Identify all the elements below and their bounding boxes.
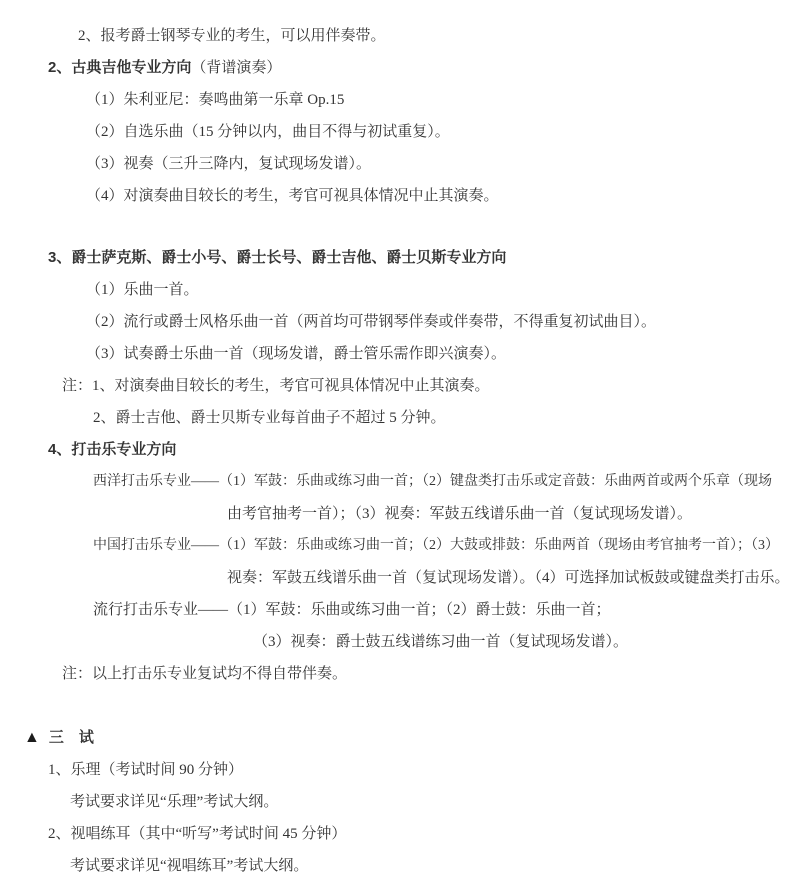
blank-space — [0, 212, 800, 242]
doc-line: （2）流行或爵士风格乐曲一首（两首均可带钢琴伴奏或伴奏带，不得重复初试曲目）。 — [86, 306, 800, 338]
doc-line: 中国打击乐专业——（1）军鼓：乐曲或练习曲一首；（2）大鼓或排鼓：乐曲两首（现场… — [93, 530, 800, 562]
section-heading: 3、爵士萨克斯、爵士小号、爵士长号、爵士吉他、爵士贝斯专业方向 — [48, 242, 800, 274]
doc-line: （1）朱利亚尼：奏鸣曲第一乐章 Op.15 — [86, 84, 800, 116]
doc-line: （4）对演奏曲目较长的考生，考官可视具体情况中止其演奏。 — [86, 180, 800, 212]
doc-line: 视奏：军鼓五线谱乐曲一首（复试现场发谱）。（4）可选择加试板鼓或键盘类打击乐。 — [227, 562, 800, 594]
doc-line: （1）乐曲一首。 — [86, 274, 800, 306]
blank-space — [0, 690, 800, 722]
doc-line: （3）视奏（三升三降内，复试现场发谱）。 — [86, 148, 800, 180]
note-line: 2、爵士吉他、爵士贝斯专业每首曲子不超过 5 分钟。 — [93, 402, 800, 434]
triangle-icon: ▲ — [24, 722, 40, 754]
doc-line: （3）视奏：爵士鼓五线谱练习曲一首（复试现场发谱）。 — [253, 626, 800, 658]
heading-suffix: （背谱演奏） — [191, 60, 281, 76]
section-heading: 4、打击乐专业方向 — [48, 434, 800, 466]
doc-line: 考试要求详见“乐理”考试大纲。 — [70, 786, 800, 818]
doc-line: （3）试奏爵士乐曲一首（现场发谱，爵士管乐需作即兴演奏）。 — [86, 338, 800, 370]
doc-line: 1、乐理（考试时间 90 分钟） — [48, 754, 800, 786]
doc-line: 流行打击乐专业——（1）军鼓：乐曲或练习曲一首；（2）爵士鼓：乐曲一首； — [93, 594, 800, 626]
doc-line: 2、报考爵士钢琴专业的考生，可以用伴奏带。 — [78, 20, 800, 52]
section-heading: 2、古典吉他专业方向（背谱演奏） — [48, 52, 800, 84]
heading-text: 三 试 — [49, 729, 94, 746]
doc-line: 考试要求详见“视唱练耳”考试大纲。 — [70, 850, 800, 878]
doc-line: 西洋打击乐专业——（1）军鼓：乐曲或练习曲一首；（2）键盘类打击乐或定音鼓：乐曲… — [93, 466, 800, 498]
section-heading: ▲三 试 — [24, 722, 800, 754]
note-line: 注：1、对演奏曲目较长的考生，考官可视具体情况中止其演奏。 — [62, 370, 800, 402]
doc-line: 由考官抽考一首）；（3）视奏：军鼓五线谱乐曲一首（复试现场发谱）。 — [227, 498, 800, 530]
heading-text: 2、古典吉他专业方向 — [48, 59, 191, 76]
document-page: 2、报考爵士钢琴专业的考生，可以用伴奏带。 2、古典吉他专业方向（背谱演奏） （… — [0, 0, 800, 878]
doc-line: 2、视唱练耳（其中“听写”考试时间 45 分钟） — [48, 818, 800, 850]
note-line: 注：以上打击乐专业复试均不得自带伴奏。 — [62, 658, 800, 690]
doc-line: （2）自选乐曲（15 分钟以内，曲目不得与初试重复）。 — [86, 116, 800, 148]
